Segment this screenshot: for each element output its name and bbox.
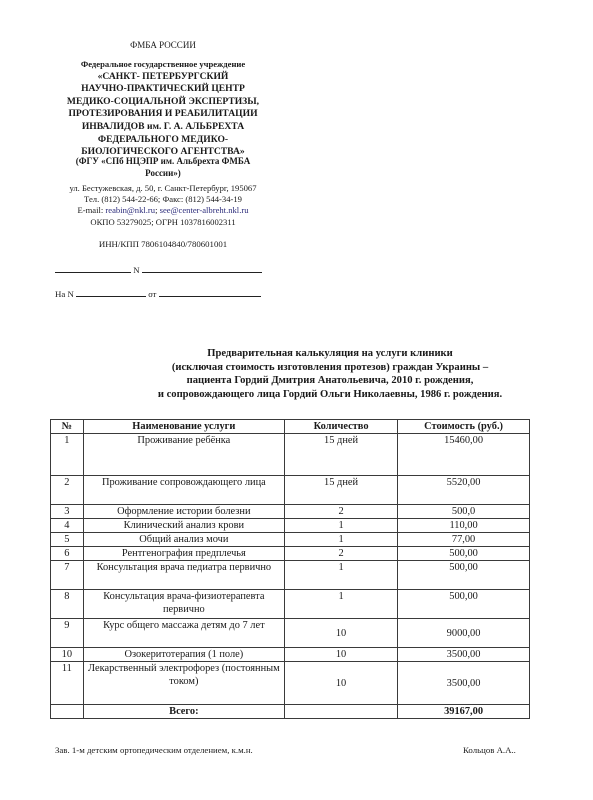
cost-cell: 5520,00 (398, 476, 530, 505)
cost-cell: 3500,00 (398, 648, 530, 662)
row-number-cell: 8 (51, 590, 84, 619)
cost-cell: 110,00 (398, 519, 530, 533)
table-row: 7Консультация врача педиатра первично150… (51, 561, 530, 590)
cost-cell: 77,00 (398, 533, 530, 547)
number-blank (142, 263, 262, 273)
table-row: 1Проживание ребёнка15 дней15460,00 (51, 434, 530, 476)
signatory-position: Зав. 1-м детским ортопедическим отделени… (55, 745, 253, 755)
quantity-cell: 10 (284, 662, 397, 705)
quantity-cell: 15 дней (284, 476, 397, 505)
inn-kpp: ИНН/КПП 7806104840/780601001 (40, 239, 286, 249)
org-line: «САНКТ- ПЕТЕРБУРГСКИЙ (40, 71, 286, 84)
cost-cell: 500,00 (398, 590, 530, 619)
org-line: Федеральное государственное учреждение (40, 58, 286, 71)
service-name-cell: Лекарственный электрофорез (постоянным т… (83, 662, 284, 705)
table-row: 4Клинический анализ крови1110,00 (51, 519, 530, 533)
table-row: 8Консультация врача-физиотерапевта перви… (51, 590, 530, 619)
cost-cell: 9000,00 (398, 619, 530, 648)
row-number-cell: 11 (51, 662, 84, 705)
short-name-line: (ФГУ «СПб НЦЭПР им. Альбрехта ФМБА (40, 155, 286, 167)
quantity-cell: 2 (284, 547, 397, 561)
total-empty-cell (284, 705, 397, 719)
cost-cell: 3500,00 (398, 662, 530, 705)
title-line: (исключая стоимость изготовления протезо… (100, 361, 560, 375)
service-name-cell: Озокеритотерапия (1 поле) (83, 648, 284, 662)
organization-name: Федеральное государственное учреждение «… (40, 58, 286, 159)
outgoing-number-line: N (55, 263, 262, 275)
row-number-cell: 1 (51, 434, 84, 476)
reply-from-label: от (148, 289, 156, 299)
date-blank (55, 263, 131, 273)
signatory-name: Кольцов А.А.. (463, 745, 516, 755)
column-header-service: Наименование услуги (83, 420, 284, 434)
service-name-cell: Общий анализ мочи (83, 533, 284, 547)
okpo-ogrn: ОКПО 53279025; ОГРН 1037816002311 (40, 217, 286, 228)
reply-reference-line: На N от (55, 287, 261, 299)
title-line: и сопровождающего лица Гордий Ольги Нико… (100, 388, 560, 402)
service-name-cell: Оформление истории болезни (83, 505, 284, 519)
email-line: E-mail: reabin@nkl.ru; see@center-albreh… (40, 205, 286, 216)
services-cost-table: № Наименование услуги Количество Стоимос… (50, 419, 530, 719)
table-row: 6Рентгенография предплечья2500,00 (51, 547, 530, 561)
quantity-cell: 15 дней (284, 434, 397, 476)
contact-details: ул. Бестужевская, д. 50, г. Санкт-Петерб… (40, 183, 286, 228)
service-name-cell: Консультация врача-физиотерапевта первич… (83, 590, 284, 619)
org-line: МЕДИКО-СОЦИАЛЬНОЙ ЭКСПЕРТИЗЫ, (40, 96, 286, 109)
address: ул. Бестужевская, д. 50, г. Санкт-Петерб… (40, 183, 286, 194)
email-link[interactable]: see@center-albreht.nkl.ru (160, 205, 249, 215)
total-value: 39167,00 (398, 705, 530, 719)
reply-date-blank (159, 287, 261, 297)
email-separator: ; (155, 205, 157, 215)
column-header-number: № (51, 420, 84, 434)
column-header-quantity: Количество (284, 420, 397, 434)
table-row: 11Лекарственный электрофорез (постоянным… (51, 662, 530, 705)
title-line: Предварительная калькуляция на услуги кл… (100, 347, 560, 361)
cost-cell: 500,0 (398, 505, 530, 519)
table-row: 3Оформление истории болезни2500,0 (51, 505, 530, 519)
org-line: ПРОТЕЗИРОВАНИЯ И РЕАБИЛИТАЦИИ (40, 108, 286, 121)
short-name-line: России») (40, 167, 286, 179)
org-line: НАУЧНО-ПРАКТИЧЕСКИЙ ЦЕНТР (40, 83, 286, 96)
reply-number-blank (76, 287, 146, 297)
quantity-cell: 1 (284, 533, 397, 547)
number-label: N (133, 265, 139, 275)
row-number-cell: 3 (51, 505, 84, 519)
quantity-cell: 10 (284, 648, 397, 662)
total-empty-cell (51, 705, 84, 719)
service-name-cell: Проживание ребёнка (83, 434, 284, 476)
title-line: пациента Гордий Дмитрия Анатольевича, 20… (100, 374, 560, 388)
row-number-cell: 4 (51, 519, 84, 533)
email-link[interactable]: reabin@nkl.ru (105, 205, 155, 215)
reply-label: На N (55, 289, 74, 299)
cost-cell: 500,00 (398, 561, 530, 590)
service-name-cell: Курс общего массажа детям до 7 лет (83, 619, 284, 648)
quantity-cell: 1 (284, 561, 397, 590)
row-number-cell: 5 (51, 533, 84, 547)
quantity-cell: 1 (284, 519, 397, 533)
row-number-cell: 6 (51, 547, 84, 561)
email-label: E-mail: (77, 205, 103, 215)
cost-cell: 500,00 (398, 547, 530, 561)
table-row: 5Общий анализ мочи177,00 (51, 533, 530, 547)
service-name-cell: Проживание сопровождающего лица (83, 476, 284, 505)
phone-fax: Тел. (812) 544-22-66; Факс: (812) 544-34… (40, 194, 286, 205)
quantity-cell: 2 (284, 505, 397, 519)
table-row: 10Озокеритотерапия (1 поле)103500,00 (51, 648, 530, 662)
total-row: Всего:39167,00 (51, 705, 530, 719)
quantity-cell: 1 (284, 590, 397, 619)
service-name-cell: Рентгенография предплечья (83, 547, 284, 561)
table-row: 2Проживание сопровождающего лица15 дней5… (51, 476, 530, 505)
column-header-cost: Стоимость (руб.) (398, 420, 530, 434)
cost-cell: 15460,00 (398, 434, 530, 476)
org-line: ФЕДЕРАЛЬНОГО МЕДИКО- (40, 134, 286, 147)
table-row: 9Курс общего массажа детям до 7 лет10900… (51, 619, 530, 648)
quantity-cell: 10 (284, 619, 397, 648)
service-name-cell: Консультация врача педиатра первично (83, 561, 284, 590)
org-line: ИНВАЛИДОВ им. Г. А. АЛЬБРЕХТА (40, 121, 286, 134)
table-header-row: № Наименование услуги Количество Стоимос… (51, 420, 530, 434)
service-name-cell: Клинический анализ крови (83, 519, 284, 533)
row-number-cell: 7 (51, 561, 84, 590)
total-label: Всего: (83, 705, 284, 719)
document-title: Предварительная калькуляция на услуги кл… (100, 347, 560, 401)
row-number-cell: 9 (51, 619, 84, 648)
organization-short-name: (ФГУ «СПб НЦЭПР им. Альбрехта ФМБА Росси… (40, 155, 286, 179)
row-number-cell: 2 (51, 476, 84, 505)
agency-name: ФМБА РОССИИ (40, 40, 286, 50)
row-number-cell: 10 (51, 648, 84, 662)
